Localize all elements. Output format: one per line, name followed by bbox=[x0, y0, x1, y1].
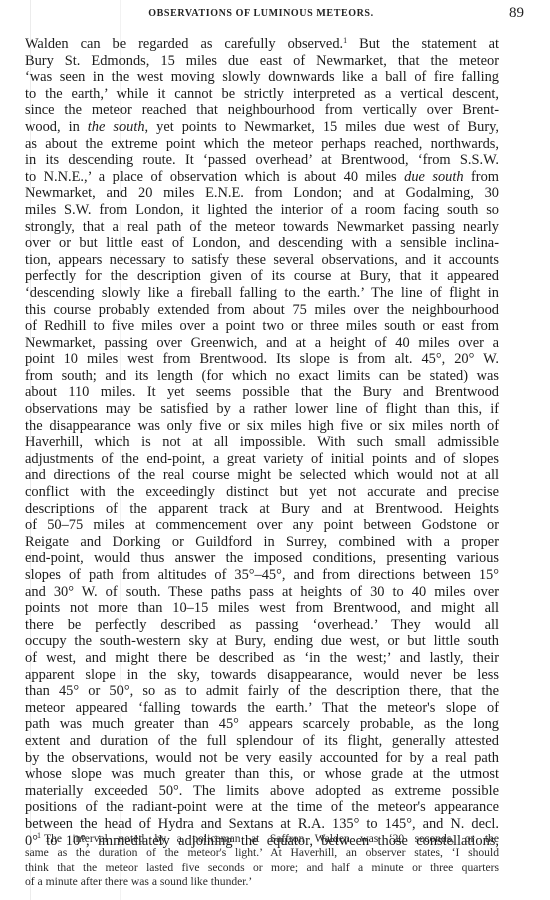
text-line: strongly, that a real path of the meteor… bbox=[25, 219, 499, 236]
text-line: by the observations, would not be very e… bbox=[25, 750, 499, 767]
text-line: tion, appears necessary to satisfy these… bbox=[25, 252, 499, 269]
text-line: Newmarket, and 20 miles E.N.E. from Lond… bbox=[25, 185, 499, 202]
text-line: from south; and its length (for which no… bbox=[25, 368, 499, 385]
text-line: Haverhill, which is not at all impossibl… bbox=[25, 434, 499, 451]
page-header: OBSERVATIONS OF LUMINOUS METEORS. 89 bbox=[24, 6, 498, 24]
text-line: as about the extreme point which the met… bbox=[25, 136, 499, 153]
text-line: Bury St. Edmonds, 15 miles due east of N… bbox=[25, 53, 499, 70]
text-line: observations may be satisfied by a rathe… bbox=[25, 401, 499, 418]
text-line: adjustments of the end-point, a great va… bbox=[25, 451, 499, 468]
text-line: end-point, would thus answer the imposed… bbox=[25, 550, 499, 567]
footnote-line: think that the meteor lasted five second… bbox=[25, 861, 499, 875]
text-line: this course probably extended from about… bbox=[25, 302, 499, 319]
text-line: positions of the radiant-point were at t… bbox=[25, 799, 499, 816]
text-line: miles S.W. from London, it lighted the i… bbox=[25, 202, 499, 219]
text-line: meteor appeared ‘falling towards the ear… bbox=[25, 700, 499, 717]
footnote-line: same as the duration of the meteor's lig… bbox=[25, 846, 499, 860]
text-line: of west, and might there be described as… bbox=[25, 650, 499, 667]
footnote-line: 1The interval noted by a policeman at Sa… bbox=[25, 829, 499, 846]
text-line: Walden can be regarded as carefully obse… bbox=[25, 36, 499, 53]
running-title: OBSERVATIONS OF LUMINOUS METEORS. bbox=[24, 8, 498, 19]
text-line: extent and duration of the full splendou… bbox=[25, 733, 499, 750]
text-line: points not more than 10–15 miles west fr… bbox=[25, 600, 499, 617]
document-page: OBSERVATIONS OF LUMINOUS METEORS. 89 Wal… bbox=[0, 0, 550, 900]
body-paragraph: Walden can be regarded as carefully obse… bbox=[25, 36, 499, 849]
text-line: slopes of path from altitudes of 35°–45°… bbox=[25, 567, 499, 584]
text-line: of 50–75 miles at commencement over any … bbox=[25, 517, 499, 534]
text-line: in its descending route. It ‘passed over… bbox=[25, 152, 499, 169]
text-line: apparent slope in the sky, towards disap… bbox=[25, 667, 499, 684]
text-line: Reigate and Dorking or Guildford in Surr… bbox=[25, 534, 499, 551]
text-line: descriptions of the apparent track at Bu… bbox=[25, 501, 499, 518]
text-line: ‘descending slowly like a fireball falli… bbox=[25, 285, 499, 302]
text-line: path was much greater than 45° appears s… bbox=[25, 716, 499, 733]
text-line: since the meteor reached that neighbourh… bbox=[25, 102, 499, 119]
text-line: ‘was seen in the west moving slowly down… bbox=[25, 69, 499, 86]
text-line: materially exceeded 50°. The limits abov… bbox=[25, 783, 499, 800]
text-line: there be perfectly described as passing … bbox=[25, 617, 499, 634]
text-line: occupy the south-western sky at Bury, en… bbox=[25, 633, 499, 650]
text-line: Newmarket, passing over Greenwich, and a… bbox=[25, 335, 499, 352]
italic-emphasis: the south bbox=[88, 119, 145, 135]
text-line: conflict with the exceedingly distinct b… bbox=[25, 484, 499, 501]
footnotes: 1The interval noted by a policeman at Sa… bbox=[25, 829, 499, 890]
page-number: 89 bbox=[509, 5, 524, 22]
text-line: wood, in the south, yet points to Newmar… bbox=[25, 119, 499, 136]
text-line: and 30° W. of south. These paths pass at… bbox=[25, 584, 499, 601]
text-line: than 45° or 50°, so as to admit fairly o… bbox=[25, 683, 499, 700]
footnote-marker: 1 bbox=[37, 831, 41, 840]
italic-emphasis: due south bbox=[404, 169, 463, 185]
text-line: about 110 miles. It yet seems possible t… bbox=[25, 384, 499, 401]
text-line: point 10 miles west from Brentwood. Its … bbox=[25, 351, 499, 368]
text-line: whose slope was much greater than this, … bbox=[25, 766, 499, 783]
text-line: of Redhill to five miles over a point tw… bbox=[25, 318, 499, 335]
text-line: and directions of the real course might … bbox=[25, 467, 499, 484]
text-line: the disappearance was only five or six m… bbox=[25, 418, 499, 435]
text-line: over or but little east of London, and d… bbox=[25, 235, 499, 252]
text-line: to N.N.E.,’ a place of observation which… bbox=[25, 169, 499, 186]
text-line: to the earth,’ while it cannot be strict… bbox=[25, 86, 499, 103]
text-line: perfectly for the description given of i… bbox=[25, 268, 499, 285]
footnote-line: of a minute after there was a sound like… bbox=[25, 875, 499, 889]
